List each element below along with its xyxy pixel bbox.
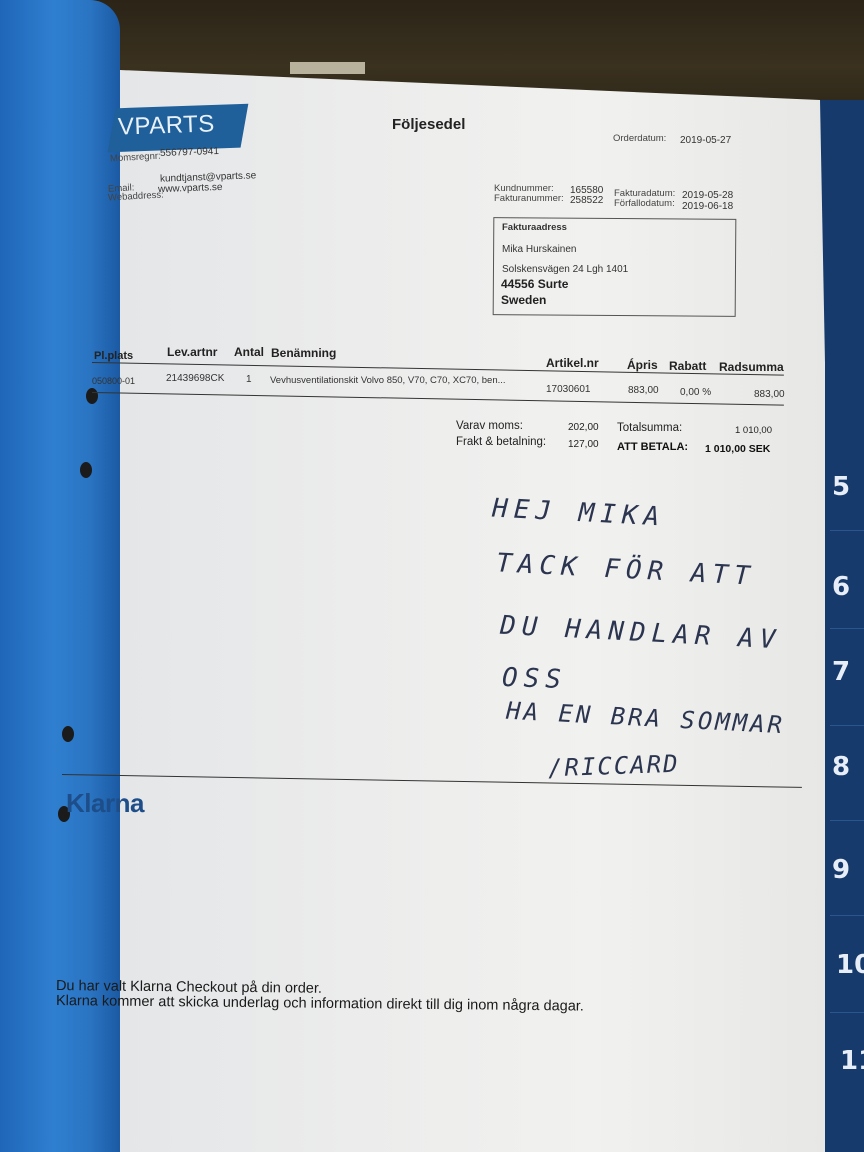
vparts-logo-text: VPARTS <box>118 110 216 141</box>
order-date-value: 2019-05-27 <box>680 135 731 146</box>
billing-country: Sweden <box>501 293 546 307</box>
order-date-label: Orderdatum: <box>613 133 666 144</box>
col-header-supplier-article: Lev.artnr <box>167 345 217 359</box>
col-header-row-sum: Radsumma <box>719 360 784 374</box>
col-header-discount: Rabatt <box>669 359 706 373</box>
binder-tab-6[interactable]: 6 <box>832 572 864 602</box>
tab-divider <box>830 628 864 629</box>
shipping-value: 127,00 <box>568 439 599 450</box>
binder-tab-5[interactable]: 5 <box>832 472 864 502</box>
col-header-description: Benämning <box>271 346 336 360</box>
billing-address-heading: Fakturaadress <box>502 222 567 233</box>
tab-divider <box>830 1012 864 1013</box>
vat-label: Varav moms: <box>456 420 523 432</box>
row-discount: 0,00 % <box>680 387 711 398</box>
note-line: OSS <box>501 663 567 695</box>
vat-value: 202,00 <box>568 422 599 433</box>
billing-name: Mika Hurskainen <box>502 244 576 255</box>
binder-tab-11[interactable]: 11 <box>840 1046 864 1076</box>
amount-due-value: 1 010,00 SEK <box>705 443 770 455</box>
vat-reg-value: 556797-0941 <box>160 146 219 159</box>
col-header-article-number: Artikel.nr <box>546 356 599 370</box>
row-article-number: 17030601 <box>546 384 591 395</box>
invoice-number-value: 258522 <box>570 195 603 206</box>
binder-tab-10[interactable]: 10 <box>836 950 864 980</box>
total-value: 1 010,00 <box>735 425 772 436</box>
col-header-unit-price: Ápris <box>627 358 658 372</box>
billing-postal-city: 44556 Surte <box>501 277 568 291</box>
col-header-location: Pl.plats <box>94 350 133 362</box>
amount-due-label: ATT BETALA: <box>617 441 688 453</box>
punch-hole <box>80 462 92 478</box>
row-supplier-article: 21439698CK <box>166 373 224 384</box>
note-signature: /RICCARD <box>548 750 680 783</box>
col-header-quantity: Antal <box>234 345 264 359</box>
web-value[interactable]: www.vparts.se <box>158 182 223 195</box>
document-title: Följesedel <box>392 116 465 133</box>
shipping-label: Frakt & betalning: <box>456 436 546 448</box>
tape-strip <box>290 62 365 74</box>
tab-divider <box>830 820 864 821</box>
row-location: 050800-01 <box>92 376 135 386</box>
billing-street: Solskensvägen 24 Lgh 1401 <box>502 264 628 275</box>
row-description: Vevhusventilationskit Volvo 850, V70, C7… <box>270 375 506 386</box>
row-quantity: 1 <box>246 374 252 385</box>
due-date-label: Förfallodatum: <box>614 198 675 209</box>
punch-hole <box>62 726 74 742</box>
binder-tab-7[interactable]: 7 <box>832 657 864 687</box>
tab-divider <box>830 725 864 726</box>
row-unit-price: 883,00 <box>628 385 659 396</box>
tab-divider <box>830 915 864 916</box>
tab-divider <box>830 530 864 531</box>
klarna-logo: Klarna <box>66 788 144 819</box>
due-date-value: 2019-06-18 <box>682 201 733 212</box>
total-label: Totalsumma: <box>617 422 682 434</box>
invoice-number-label: Fakturanummer: <box>494 193 564 204</box>
row-sum: 883,00 <box>754 389 785 400</box>
binder-tab-9[interactable]: 9 <box>832 855 864 885</box>
punch-hole <box>86 388 98 404</box>
binder-tab-8[interactable]: 8 <box>832 752 864 782</box>
invoice-date-value: 2019-05-28 <box>682 190 733 201</box>
